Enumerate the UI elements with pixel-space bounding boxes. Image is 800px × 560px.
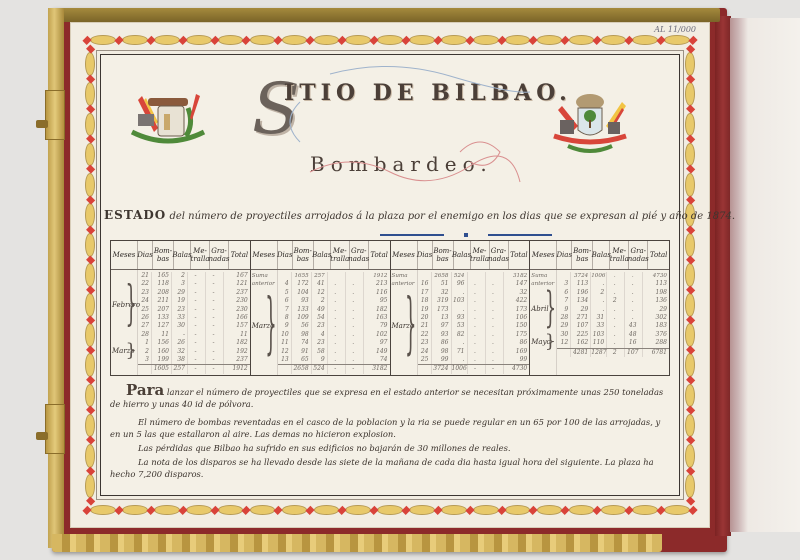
table-row: 2811---11 xyxy=(138,331,250,339)
table-cell: . xyxy=(346,297,364,305)
sum-cell: 524 xyxy=(312,365,328,373)
table-cell xyxy=(486,272,504,280)
border-leaf-icon xyxy=(154,35,180,45)
table-cell: 32 xyxy=(172,348,188,356)
brace-icon: } xyxy=(126,340,137,361)
table-cell: 54 xyxy=(312,314,328,322)
sum-cell xyxy=(418,365,432,373)
table-cell: - xyxy=(206,348,224,356)
table-cell: . xyxy=(625,289,643,297)
note-paragraph-4: La nota de los disparos se ha llevado de… xyxy=(110,456,670,480)
column-header: Gra-nadas xyxy=(490,241,509,269)
table-cell: . xyxy=(607,339,625,347)
border-leaf-icon xyxy=(441,505,467,515)
table-cell: 7 xyxy=(557,297,571,305)
column-header: Gra-nadas xyxy=(350,241,369,269)
table-row: 13659..74 xyxy=(278,356,390,364)
table-cell: 319 xyxy=(432,297,452,305)
column-header: Total xyxy=(229,241,250,269)
brace-icon: } xyxy=(545,331,556,352)
border-leaf-icon xyxy=(537,505,563,515)
table-cell: 173 xyxy=(432,306,452,314)
border-star-icon xyxy=(685,466,694,475)
table-cell: 5 xyxy=(278,289,292,297)
table-cell: 166 xyxy=(224,314,250,322)
table-cell: 10 xyxy=(278,331,292,339)
table-cell: 2 xyxy=(607,297,625,305)
table-cell: 26 xyxy=(172,339,188,347)
column-header: Dias xyxy=(138,241,153,269)
table-cell: 116 xyxy=(364,289,390,297)
table-cell: 93 xyxy=(432,331,452,339)
table-cell: - xyxy=(206,339,224,347)
border-star-icon xyxy=(593,505,602,514)
border-star-icon xyxy=(274,505,283,514)
month-column: Marzo} xyxy=(391,270,418,375)
border-star-icon xyxy=(685,436,694,445)
table-cell: 18 xyxy=(418,297,432,305)
note-initial: Para xyxy=(126,381,164,399)
table-cell: . xyxy=(486,348,504,356)
column-header: Bom-bas xyxy=(153,241,174,269)
table-cell: 230 xyxy=(224,306,250,314)
column-header: Gra-nadas xyxy=(629,241,648,269)
table-cell: . xyxy=(607,272,625,280)
table-row: 2520723--230 xyxy=(138,306,250,314)
table-cell: 208 xyxy=(152,289,172,297)
table-cell: - xyxy=(188,306,206,314)
table-cell: 3 xyxy=(557,280,571,288)
border-leaf-icon xyxy=(473,35,499,45)
table-row: 211652--167 xyxy=(138,272,250,280)
table-cell: 29 xyxy=(172,289,188,297)
table-row: 19173...173 xyxy=(418,306,530,314)
cannon-crest-icon xyxy=(128,84,208,152)
border-leaf-icon xyxy=(85,384,95,408)
table-cell: . xyxy=(468,331,486,339)
table-cell: 3182 xyxy=(504,272,530,280)
table-cell: 58 xyxy=(312,348,328,356)
table-cell: 23 xyxy=(418,339,432,347)
table-cell: 199 xyxy=(152,356,172,364)
table-cell: 106 xyxy=(504,314,530,322)
table-row: 201393..106 xyxy=(418,314,530,322)
border-leaf-icon xyxy=(85,474,95,498)
table-cell: - xyxy=(188,289,206,297)
table-cell: 74 xyxy=(364,356,390,364)
table-cell: - xyxy=(206,280,224,288)
column-header: Bom-bas xyxy=(433,241,454,269)
border-star-icon xyxy=(685,406,694,415)
table-cell: 192 xyxy=(224,348,250,356)
border-leaf-icon xyxy=(685,414,695,438)
table-cell: 2 xyxy=(312,297,328,305)
sum-cell: - xyxy=(188,365,206,373)
table-cell: 16 xyxy=(625,339,643,347)
table-cell: 95 xyxy=(364,297,390,305)
table-row: 219753..150 xyxy=(418,322,530,330)
table-cell: . xyxy=(328,356,346,364)
table-cell: . xyxy=(607,314,625,322)
table-row: 6932..95 xyxy=(278,297,390,305)
table-cell: 183 xyxy=(643,322,669,330)
table-row: 18319103..422 xyxy=(418,297,530,305)
table-cell: 107 xyxy=(571,322,591,330)
note-paragraph-1: Para lanzar el número de proyectiles que… xyxy=(110,384,670,410)
table-cell: 16 xyxy=(418,280,432,288)
border-leaf-icon xyxy=(409,505,435,515)
sum-cell xyxy=(557,349,571,357)
border-star-icon xyxy=(85,165,94,174)
table-row: 2386...86 xyxy=(418,339,530,347)
table-row: 249871..169 xyxy=(418,348,530,356)
table-cell: 160 xyxy=(152,348,172,356)
upper-clasp-plate xyxy=(45,90,65,140)
sum-cell xyxy=(278,365,292,373)
table-cell: 169 xyxy=(504,348,530,356)
lower-clasp-pin xyxy=(36,432,48,440)
table-cell: 156 xyxy=(152,339,172,347)
table-row: 61962..198 xyxy=(557,289,669,297)
table-cell: 32 xyxy=(432,289,452,297)
border-leaf-icon xyxy=(250,35,276,45)
table-row: 10984..102 xyxy=(278,331,390,339)
table-cell: 43 xyxy=(625,322,643,330)
table-header: MesesDiasBom-basBalasMe-trallaGra-nadasT… xyxy=(530,241,669,270)
column-header: Balas xyxy=(454,241,471,269)
sum-cell: - xyxy=(486,365,504,373)
table-row: 2421119--230 xyxy=(138,297,250,305)
table-cell: 162 xyxy=(571,339,591,347)
table-cell: 302 xyxy=(643,314,669,322)
sum-cell: 4730 xyxy=(504,365,530,373)
table-cell: . xyxy=(625,297,643,305)
table-cell: . xyxy=(486,314,504,322)
table-cell: 9 xyxy=(557,306,571,314)
table-cell: . xyxy=(328,306,346,314)
table-cell: 173 xyxy=(504,306,530,314)
table-cell: . xyxy=(346,339,364,347)
table-cell: 71 xyxy=(452,348,468,356)
table-cell: 113 xyxy=(643,280,669,288)
table-row: 2613333--166 xyxy=(138,314,250,322)
column-header: Meses xyxy=(391,241,418,269)
table-cell: 198 xyxy=(643,289,669,297)
sum-cell: 1605 xyxy=(152,365,172,373)
border-leaf-icon xyxy=(377,505,403,515)
table-cell xyxy=(468,272,486,280)
border-leaf-icon xyxy=(685,143,695,167)
table-cell: - xyxy=(188,322,206,330)
table-cell: 38 xyxy=(172,356,188,364)
table-cell: . xyxy=(607,289,625,297)
border-leaf-icon xyxy=(685,263,695,287)
table-cell: 74 xyxy=(292,339,312,347)
column-header: Me-tralla xyxy=(331,241,350,269)
table-cell: . xyxy=(486,331,504,339)
month-column: Febrero}Marzo} xyxy=(111,270,138,375)
table-cell: 2 xyxy=(591,289,607,297)
sum-cell: 4281 xyxy=(571,349,591,357)
brass-frame-top xyxy=(52,8,720,22)
table-cell: 11 xyxy=(224,331,250,339)
border-star-icon xyxy=(85,195,94,204)
table-row: 117423..97 xyxy=(278,339,390,347)
table-cell: 182 xyxy=(224,339,250,347)
column-header: Meses xyxy=(111,241,138,269)
border-bottom xyxy=(84,504,696,516)
table-cell: 93 xyxy=(292,297,312,305)
sum-cell: - xyxy=(206,365,224,373)
table-cell: 257 xyxy=(312,272,328,280)
border-star-icon xyxy=(465,35,474,44)
border-leaf-icon xyxy=(186,505,212,515)
lower-clasp-plate xyxy=(45,404,65,454)
sum-cell: 1912 xyxy=(224,365,250,373)
table-cell: 32 xyxy=(504,289,530,297)
table-cell: . xyxy=(328,348,346,356)
table-cell: 11 xyxy=(152,331,172,339)
sum-cell: - xyxy=(328,365,346,373)
table-cell: 9 xyxy=(312,356,328,364)
border-star-icon xyxy=(146,505,155,514)
border-leaf-icon xyxy=(250,505,276,515)
table-cell: - xyxy=(188,348,206,356)
sum-cell: 3724 xyxy=(432,365,452,373)
table-cell: . xyxy=(607,306,625,314)
note-paragraph-3: Las pérdidas que Bilbao ha sufrido en su… xyxy=(110,442,670,454)
table-cell: 48 xyxy=(625,331,643,339)
table-cell: . xyxy=(468,280,486,288)
table-cell: . xyxy=(452,356,468,364)
table-cell: 133 xyxy=(152,314,172,322)
border-star-icon xyxy=(242,35,251,44)
table-cell: 98 xyxy=(292,331,312,339)
border-star-icon xyxy=(306,505,315,514)
border-leaf-icon xyxy=(85,143,95,167)
border-leaf-icon xyxy=(409,35,435,45)
brass-frame-bottom xyxy=(52,534,662,552)
table-cell: 4 xyxy=(312,331,328,339)
table-cell: . xyxy=(346,356,364,364)
border-leaf-icon xyxy=(664,505,690,515)
table-cell: . xyxy=(346,280,364,288)
table-cell: 102 xyxy=(364,331,390,339)
table-cell: 86 xyxy=(504,339,530,347)
table-cell: 28 xyxy=(138,331,152,339)
table-cell: 167 xyxy=(224,272,250,280)
column-header: Me-tralla xyxy=(471,241,490,269)
table-cell: 133 xyxy=(292,306,312,314)
table-cell: . xyxy=(468,339,486,347)
border-leaf-icon xyxy=(85,173,95,197)
table-cell: 33 xyxy=(172,314,188,322)
border-leaf-icon xyxy=(90,35,116,45)
subtitle-lead: ESTADO xyxy=(104,208,166,222)
table-cell: 2658 xyxy=(432,272,452,280)
table-row: 510412..116 xyxy=(278,289,390,297)
table-cell: 225 xyxy=(571,331,591,339)
table-cell: . xyxy=(452,306,468,314)
sum-cell: 257 xyxy=(172,365,188,373)
border-leaf-icon xyxy=(685,444,695,468)
brace-icon: } xyxy=(126,276,137,332)
table-cell: 207 xyxy=(152,306,172,314)
table-cell: . xyxy=(328,331,346,339)
border-star-icon xyxy=(497,35,506,44)
table-cell: 3 xyxy=(172,280,188,288)
table-cell: 31 xyxy=(591,314,607,322)
table-cell: 97 xyxy=(432,322,452,330)
table-cell: . xyxy=(468,356,486,364)
table-cell: . xyxy=(625,280,643,288)
border-star-icon xyxy=(685,135,694,144)
border-leaf-icon xyxy=(601,35,627,45)
border-star-icon xyxy=(688,505,697,514)
table-row: 1732...32 xyxy=(418,289,530,297)
border-star-icon xyxy=(210,35,219,44)
table-cell: 157 xyxy=(224,322,250,330)
table-cell: 271 xyxy=(571,314,591,322)
border-leaf-icon xyxy=(685,233,695,257)
table-cell: . xyxy=(486,356,504,364)
table-cell: 11 xyxy=(278,339,292,347)
table-cell: 28 xyxy=(557,314,571,322)
table-cell: 22 xyxy=(418,331,432,339)
blue-divider xyxy=(380,234,620,237)
border-star-icon xyxy=(685,255,694,264)
table-cell: 211 xyxy=(152,297,172,305)
table-cell: 7 xyxy=(278,306,292,314)
table-row: 2827131..302 xyxy=(557,314,669,322)
column-header: Bom-bas xyxy=(572,241,593,269)
table-cell: . xyxy=(346,306,364,314)
brace-icon: } xyxy=(545,284,556,333)
border-star-icon xyxy=(561,35,570,44)
sum-cell: - xyxy=(346,365,364,373)
table-cell: 103 xyxy=(591,331,607,339)
sum-cell: - xyxy=(468,365,486,373)
table-cell: 103 xyxy=(452,297,468,305)
table-cell: . xyxy=(468,306,486,314)
border-leaf-icon xyxy=(85,113,95,137)
table-cell: 237 xyxy=(224,356,250,364)
table-cell: 17 xyxy=(418,289,432,297)
border-leaf-icon xyxy=(218,35,244,45)
table-cell: 1655 xyxy=(292,272,312,280)
sum-row: 37241006--4730 xyxy=(418,364,530,373)
border-leaf-icon xyxy=(345,35,371,45)
table-cell: . xyxy=(486,322,504,330)
note-paragraph-2: El número de bombas reventadas en el cas… xyxy=(110,416,670,440)
border-top xyxy=(84,34,696,46)
table-cell: . xyxy=(607,280,625,288)
border-leaf-icon xyxy=(569,505,595,515)
table-cell: 376 xyxy=(643,331,669,339)
table-cell: . xyxy=(328,280,346,288)
border-star-icon xyxy=(242,505,251,514)
column-header: Dias xyxy=(557,241,572,269)
table-row: 319938--237 xyxy=(138,356,250,364)
border-leaf-icon xyxy=(85,52,95,76)
border-leaf-icon xyxy=(282,505,308,515)
border-leaf-icon xyxy=(282,35,308,45)
bilbao-crest-icon xyxy=(548,86,632,160)
column-header: Balas xyxy=(593,241,610,269)
table-cell: 49 xyxy=(312,306,328,314)
border-star-icon xyxy=(85,135,94,144)
table-header: MesesDiasBom-basBalasMe-trallaGra-nadasT… xyxy=(251,241,390,270)
table-row: 810954..163 xyxy=(278,314,390,322)
table-cell: . xyxy=(328,314,346,322)
table-row: 129158..149 xyxy=(278,348,390,356)
table-cell: 1 xyxy=(138,339,152,347)
border-leaf-icon xyxy=(345,505,371,515)
table-row: 7134.2.136 xyxy=(557,297,669,305)
column-header: Gra-nadas xyxy=(210,241,229,269)
table-cell: 21 xyxy=(138,272,152,280)
border-star-icon xyxy=(685,285,694,294)
table-cell: . xyxy=(346,289,364,297)
table-cell: 53 xyxy=(452,322,468,330)
border-star-icon xyxy=(465,505,474,514)
table-cell: 13 xyxy=(432,314,452,322)
table-cell: 26 xyxy=(138,314,152,322)
table-row: 216032--192 xyxy=(138,348,250,356)
table-cell: 13 xyxy=(278,356,292,364)
table-cell: 182 xyxy=(364,306,390,314)
table-cell: . xyxy=(625,314,643,322)
table-row: 929...29 xyxy=(557,306,669,314)
table-cell: 82 xyxy=(452,331,468,339)
table-cell: 97 xyxy=(364,339,390,347)
column-header: Total xyxy=(509,241,530,269)
table-row: 115626--182 xyxy=(138,339,250,347)
column-header: Total xyxy=(369,241,390,269)
table-cell xyxy=(346,272,364,280)
border-star-icon xyxy=(401,35,410,44)
table-cell: 147 xyxy=(504,280,530,288)
table-cell: 134 xyxy=(571,297,591,305)
table-cell: 127 xyxy=(152,322,172,330)
column-header: Meses xyxy=(251,241,278,269)
table-cell: 65 xyxy=(292,356,312,364)
table-cell: 213 xyxy=(364,280,390,288)
border-star-icon xyxy=(685,376,694,385)
table-cell: 23 xyxy=(312,322,328,330)
border-leaf-icon xyxy=(377,35,403,45)
border-leaf-icon xyxy=(632,35,658,45)
border-leaf-icon xyxy=(569,35,595,45)
table-cell: . xyxy=(591,297,607,305)
border-leaf-icon xyxy=(537,35,563,45)
table-row: 95623..79 xyxy=(278,322,390,330)
sum-cell: 107 xyxy=(625,349,643,357)
border-leaf-icon xyxy=(85,444,95,468)
table-cell: . xyxy=(468,289,486,297)
table-cell: 30 xyxy=(557,331,571,339)
border-star-icon xyxy=(561,505,570,514)
border-star-icon xyxy=(85,376,94,385)
border-leaf-icon xyxy=(685,323,695,347)
border-leaf-icon xyxy=(685,474,695,498)
sum-cell: 1006 xyxy=(452,365,468,373)
sum-row: 2658524--3182 xyxy=(278,364,390,373)
table-cell: . xyxy=(468,314,486,322)
border-leaf-icon xyxy=(685,82,695,106)
border-star-icon xyxy=(685,105,694,114)
left-coat-of-arms xyxy=(128,84,208,152)
